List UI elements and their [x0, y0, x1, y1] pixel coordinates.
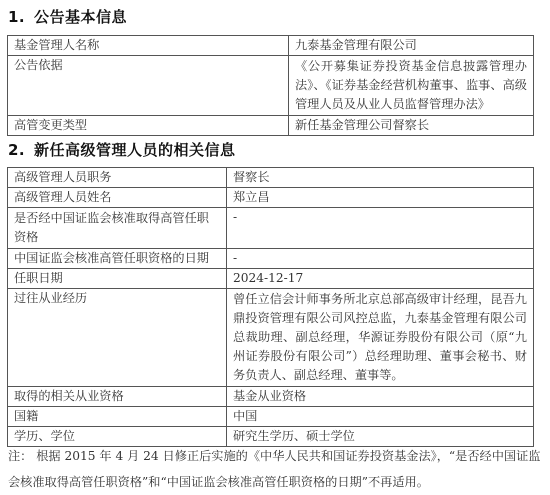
table-row: 基金管理人名称 九泰基金管理有限公司	[8, 36, 534, 56]
new-executive-info-table: 高级管理人员职务 督察长 高级管理人员姓名 郑立昌 是否经中国证监会核准取得高管…	[7, 167, 534, 447]
row-label: 高管变更类型	[8, 116, 289, 136]
row-label: 是否经中国证监会核准取得高管任职资格	[8, 208, 227, 249]
row-label: 过往从业经历	[8, 289, 227, 387]
table-row: 过往从业经历 曾任立信会计师事务所北京总部高级审计经理，昆吾九鼎投资管理有限公司…	[8, 289, 534, 387]
table-row: 高管变更类型 新任基金管理公司督察长	[8, 116, 534, 136]
row-value: -	[227, 249, 534, 269]
table-row: 中国证监会核准高管任职资格的日期 -	[8, 249, 534, 269]
row-value: 新任基金管理公司督察长	[289, 116, 534, 136]
section-2-title: 新任高级管理人员的相关信息	[34, 141, 236, 159]
row-value: 《公开募集证券投资基金信息披露管理办法》、《证券基金经营机构董事、监事、高级管理…	[289, 56, 534, 116]
row-value: 2024-12-17	[227, 269, 534, 289]
table-row: 国籍 中国	[8, 407, 534, 427]
row-value: 中国	[227, 407, 534, 427]
row-value: 基金从业资格	[227, 387, 534, 407]
section-1-title: 公告基本信息	[34, 8, 127, 26]
table-row: 是否经中国证监会核准取得高管任职资格 -	[8, 208, 534, 249]
table-row: 高级管理人员姓名 郑立昌	[8, 188, 534, 208]
row-value: -	[227, 208, 534, 249]
footnote: 注： 根据 2015 年 4 月 24 日修正后实施的《中华人民共和国证券投资基…	[8, 443, 548, 495]
row-label: 高级管理人员职务	[8, 168, 227, 188]
section-1-heading: 1.公告基本信息	[8, 6, 127, 27]
row-value: 督察长	[227, 168, 534, 188]
table-row: 高级管理人员职务 督察长	[8, 168, 534, 188]
section-2-heading: 2.新任高级管理人员的相关信息	[8, 139, 236, 160]
row-label: 国籍	[8, 407, 227, 427]
row-value: 郑立昌	[227, 188, 534, 208]
row-value: 曾任立信会计师事务所北京总部高级审计经理，昆吾九鼎投资管理有限公司风控总监，九泰…	[227, 289, 534, 387]
row-label: 任职日期	[8, 269, 227, 289]
row-value: 九泰基金管理有限公司	[289, 36, 534, 56]
section-1-number: 1.	[8, 8, 34, 26]
announcement-basic-info-table: 基金管理人名称 九泰基金管理有限公司 公告依据 《公开募集证券投资基金信息披露管…	[7, 35, 534, 136]
row-label: 公告依据	[8, 56, 289, 116]
row-label: 中国证监会核准高管任职资格的日期	[8, 249, 227, 269]
row-label: 取得的相关从业资格	[8, 387, 227, 407]
row-label: 高级管理人员姓名	[8, 188, 227, 208]
row-label: 基金管理人名称	[8, 36, 289, 56]
table-row: 公告依据 《公开募集证券投资基金信息披露管理办法》、《证券基金经营机构董事、监事…	[8, 56, 534, 116]
section-2-number: 2.	[8, 141, 34, 159]
table-row: 任职日期 2024-12-17	[8, 269, 534, 289]
table-row: 取得的相关从业资格 基金从业资格	[8, 387, 534, 407]
